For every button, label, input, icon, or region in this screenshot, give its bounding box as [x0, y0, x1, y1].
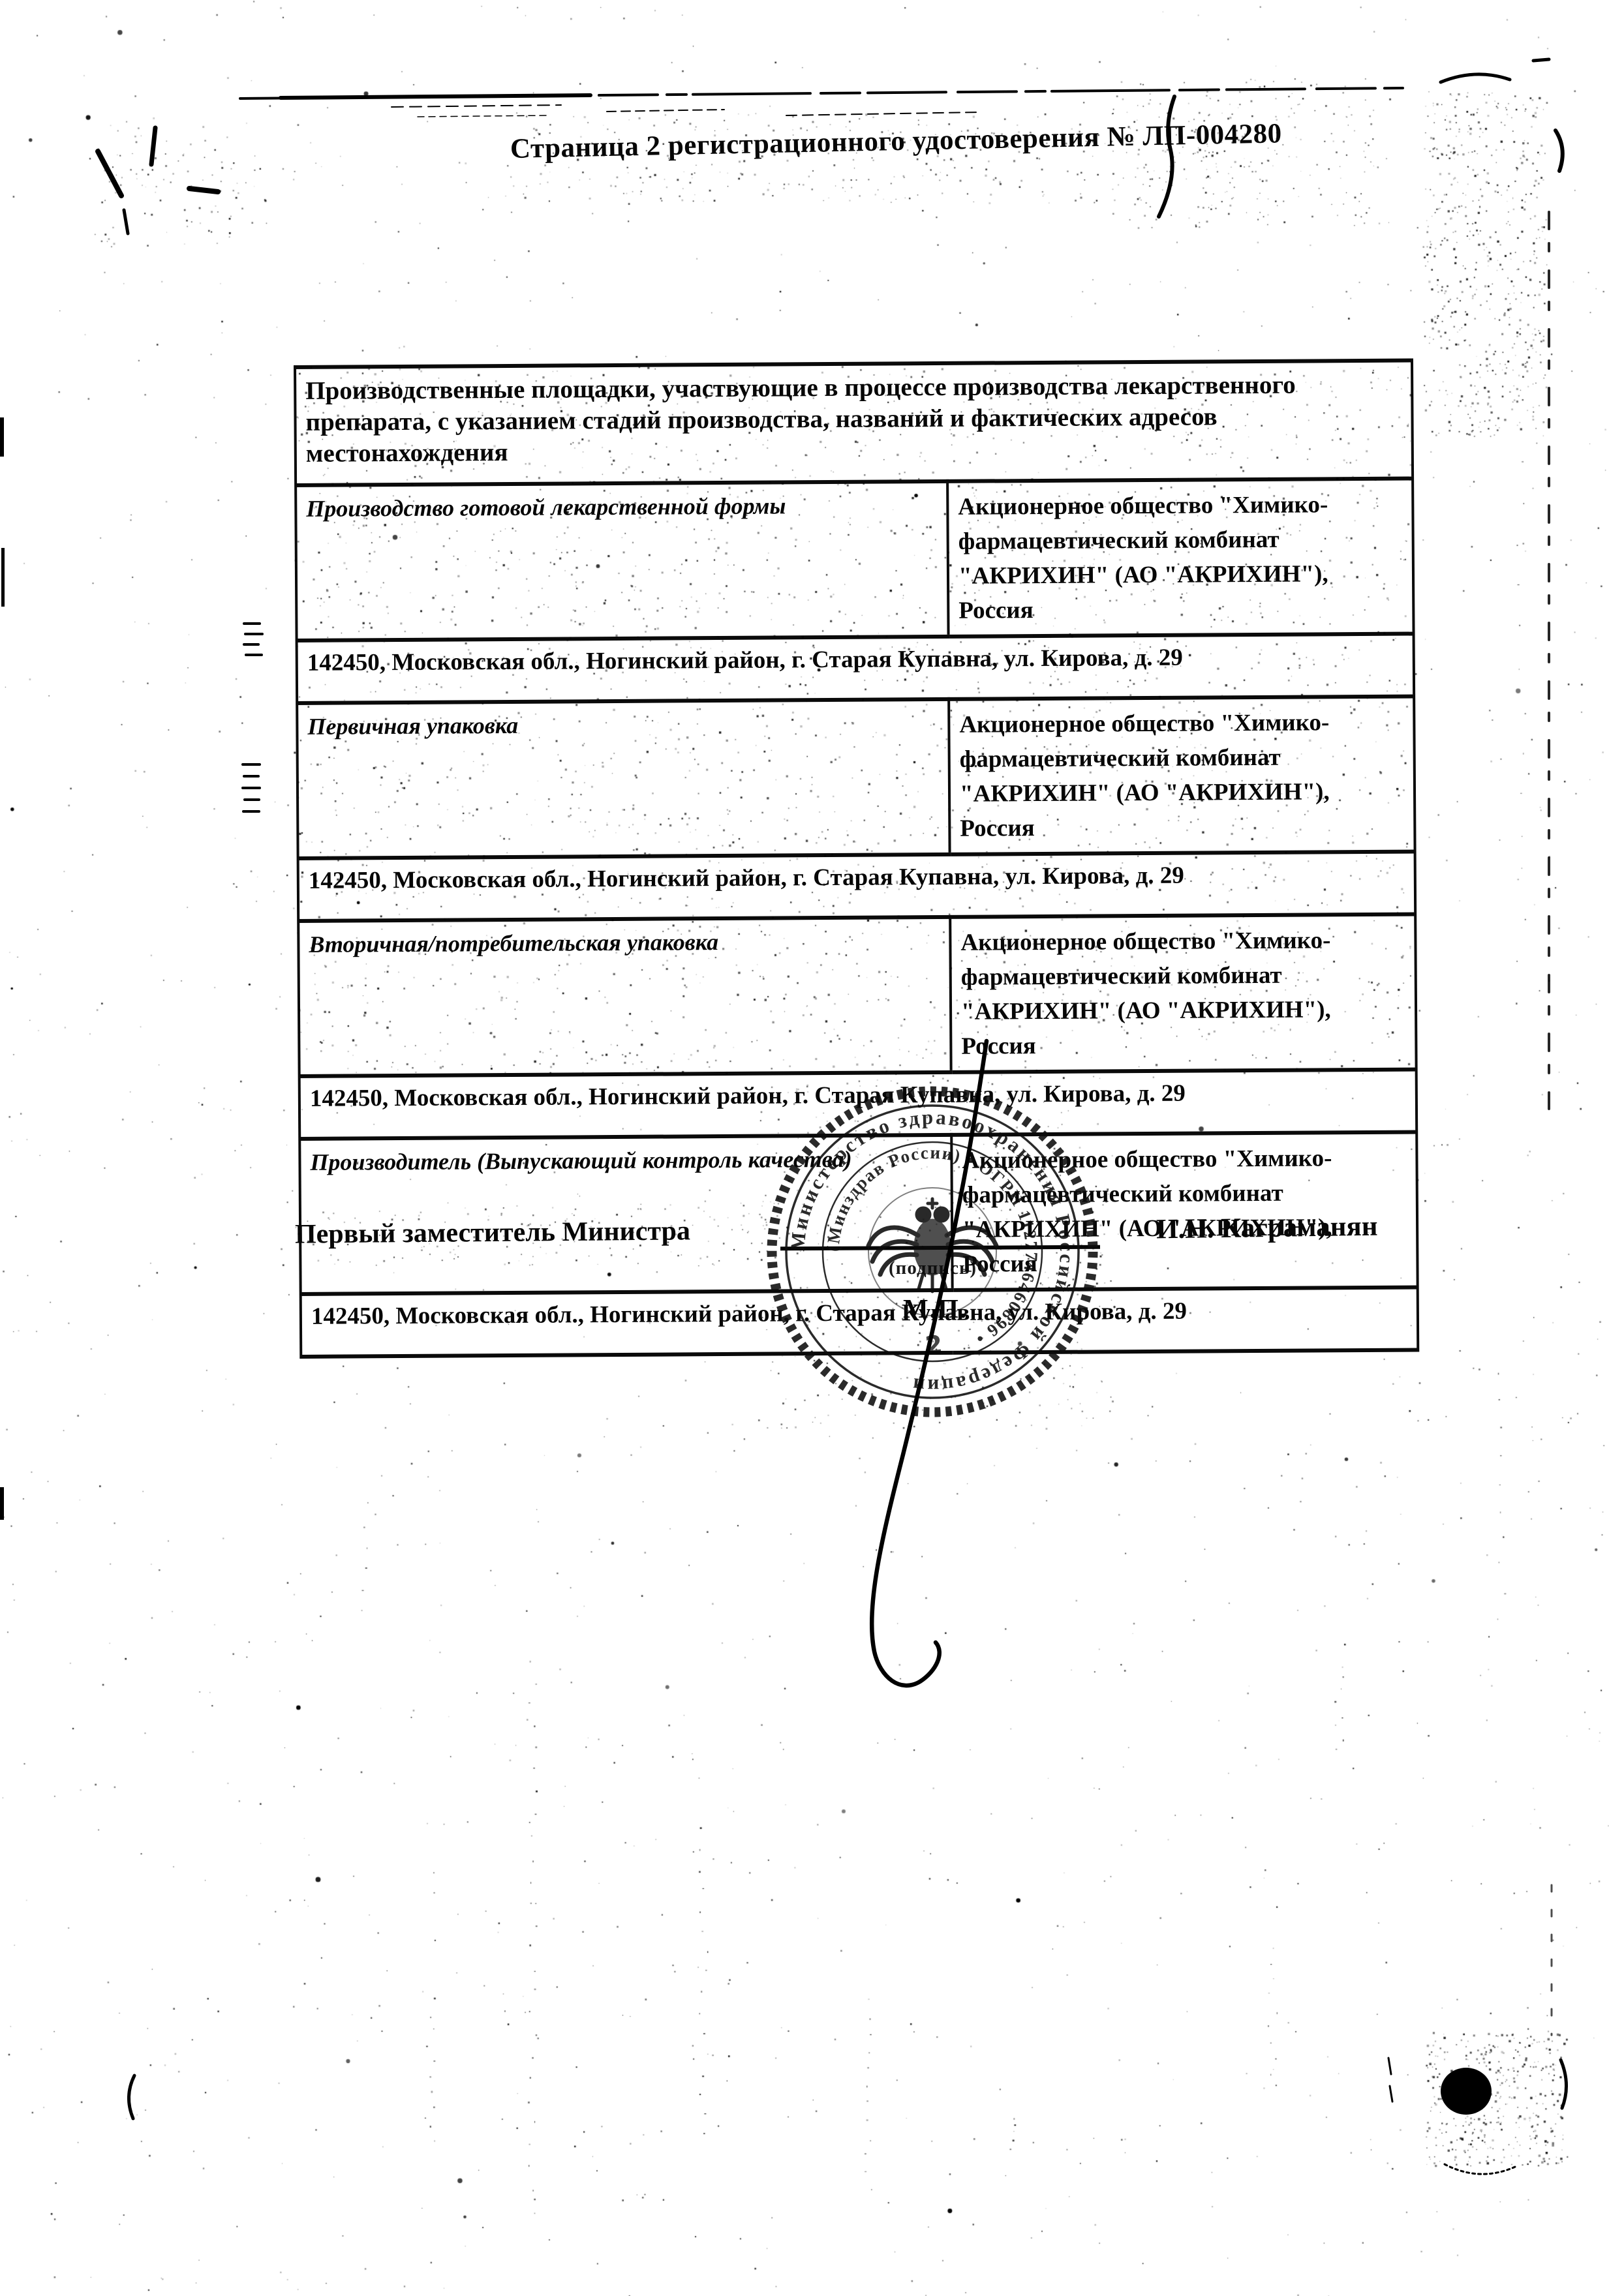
table-row: 142450, Московская обл., Ногинский район… [297, 634, 1415, 703]
page-title: Страница 2 регистрационного удостоверени… [510, 117, 1283, 165]
stage-cell: Вторичная/потребительская упаковка [298, 917, 951, 1076]
company-cell: Акционерное общество "Химико-фармацевтич… [950, 914, 1416, 1072]
table-row: Первичная упаковка Акционерное общество … [297, 697, 1415, 858]
table-row: Производство готовой лекарственной формы… [296, 479, 1413, 641]
company-cell: Акционерное общество "Химико-фармацевтич… [949, 697, 1415, 854]
ink-blot [1441, 2068, 1492, 2115]
table-row: 142450, Московская обл., Ногинский район… [298, 852, 1416, 921]
table-header-row: Производственные площадки, участвующие в… [295, 361, 1413, 485]
stage-cell: Первичная упаковка [297, 699, 949, 858]
address-cell: 142450, Московская обл., Ногинский район… [297, 634, 1415, 703]
scanned-certificate-page: Страница 2 регистрационного удостоверени… [0, 0, 1609, 2296]
eagle-emblem-icon [868, 1199, 996, 1291]
ministry-seal-stamp: Министерство здравоохранения Российской … [758, 1078, 1107, 1426]
table-header-cell: Производственные площадки, участвующие в… [295, 361, 1413, 485]
signatory-title: Первый заместитель Министра [295, 1215, 690, 1250]
signatory-name: И.Н. Каграманян [1156, 1211, 1378, 1246]
stage-cell: Производство готовой лекарственной формы [296, 481, 948, 641]
address-cell: 142450, Московская обл., Ногинский район… [298, 852, 1416, 921]
company-cell: Акционерное общество "Химико-фармацевтич… [947, 479, 1413, 637]
table-row: Вторичная/потребительская упаковка Акцио… [298, 914, 1416, 1076]
